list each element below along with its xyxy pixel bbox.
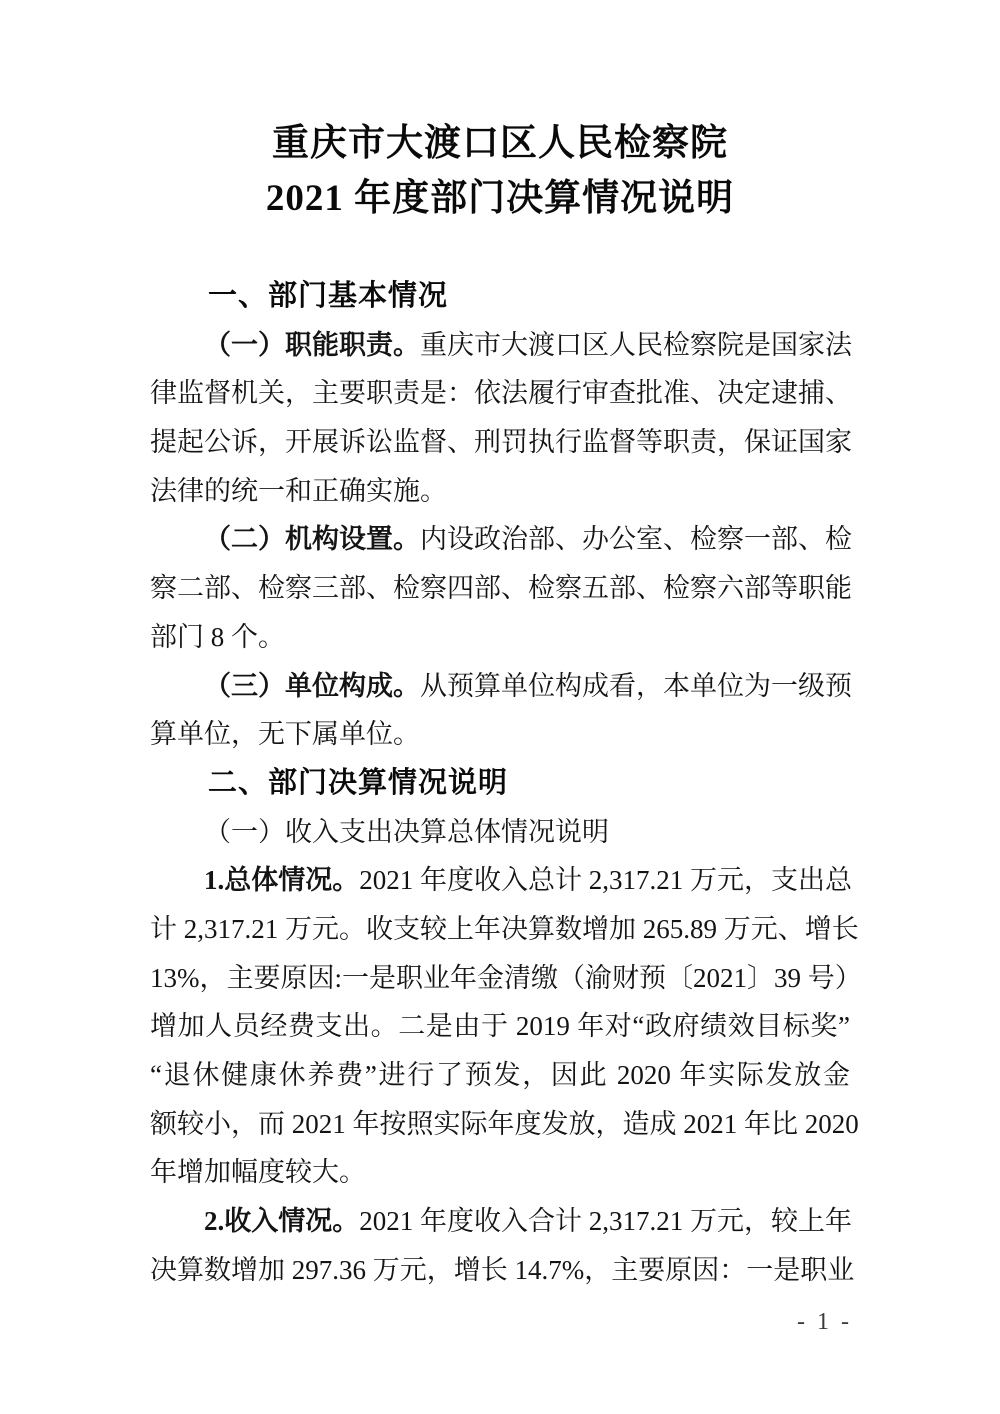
title-line-1: 重庆市大渡口区人民检察院 (0, 116, 1000, 171)
text-run: 年增加幅度较大。 (150, 1157, 366, 1187)
text-run: （一）收入支出决算总体情况说明 (204, 817, 609, 847)
text-line: 年增加幅度较大。 (150, 1148, 850, 1197)
text-line: （一）收入支出决算总体情况说明 (150, 808, 850, 857)
text-run: 察二部、检察三部、检察四部、检察五部、检察六部等职能 (150, 573, 852, 603)
text-run: 内设政治部、办公室、检察一部、检 (420, 524, 852, 554)
text-run: 额较小，而 2021 年按照实际年度发放，造成 2021 年比 2020 (150, 1109, 859, 1139)
text-run: 2021 年度收入合计 2,317.21 万元，较上年 (359, 1206, 852, 1236)
heading-section-2: 二、部门决算情况说明 (150, 759, 850, 808)
para-income-situation: 2.收入情况。2021 年度收入合计 2,317.21 万元，较上年决算数增加 … (150, 1197, 850, 1294)
para-organization: （二）机构设置。内设政治部、办公室、检察一部、检察二部、检察三部、检察四部、检察… (150, 515, 850, 661)
document-body: 一、部门基本情况（一）职能职责。重庆市大渡口区人民检察院是国家法律监督机关，主要… (150, 272, 850, 1294)
text-run: “退休健康休养费”进行了预发，因此 2020 年实际发放金 (150, 1060, 850, 1090)
bold-lead: （二）机构设置。 (204, 524, 420, 554)
bold-lead: 一、部门基本情况 (208, 280, 448, 312)
heading-section-1: 一、部门基本情况 (150, 272, 850, 321)
text-line: 决算数增加 297.36 万元，增长 14.7%，主要原因：一是职业 (150, 1246, 850, 1295)
text-run: 从预算单位构成看，本单位为一级预 (420, 671, 852, 701)
text-run: 法律的统一和正确实施。 (150, 476, 447, 506)
document-title: 重庆市大渡口区人民检察院 2021 年度部门决算情况说明 (0, 116, 1000, 226)
bold-lead: 1.总体情况。 (204, 865, 359, 895)
para-unit-composition: （三）单位构成。从预算单位构成看，本单位为一级预算单位，无下属单位。 (150, 662, 850, 759)
text-line: 察二部、检察三部、检察四部、检察五部、检察六部等职能 (150, 564, 850, 613)
text-line: 律监督机关，主要职责是：依法履行审查批准、决定逮捕、 (150, 369, 850, 418)
text-run: 算单位，无下属单位。 (150, 719, 420, 749)
text-run: 部门 8 个。 (150, 622, 285, 652)
text-line: 计 2,317.21 万元。收支较上年决算数增加 265.89 万元、增长 (150, 905, 850, 954)
bold-lead: 2.收入情况。 (204, 1206, 359, 1236)
text-line: 一、部门基本情况 (150, 272, 850, 321)
text-run: 律监督机关，主要职责是：依法履行审查批准、决定逮捕、 (150, 378, 852, 408)
text-line: 增加人员经费支出。二是由于 2019 年对“政府绩效目标奖” (150, 1002, 850, 1051)
para-overall-situation: 1.总体情况。2021 年度收入总计 2,317.21 万元，支出总计 2,31… (150, 856, 850, 1197)
bold-lead: 二、部门决算情况说明 (208, 767, 508, 799)
text-line: “退休健康休养费”进行了预发，因此 2020 年实际发放金 (150, 1051, 850, 1100)
para-duties: （一）职能职责。重庆市大渡口区人民检察院是国家法律监督机关，主要职责是：依法履行… (150, 321, 850, 516)
text-line: 额较小，而 2021 年按照实际年度发放，造成 2021 年比 2020 (150, 1100, 850, 1149)
text-line: 法律的统一和正确实施。 (150, 467, 850, 516)
text-run: 提起公诉，开展诉讼监督、刑罚执行监督等职责，保证国家 (150, 427, 852, 457)
text-line: 13%，主要原因:一是职业年金清缴（渝财预〔2021〕39 号） (150, 954, 850, 1003)
text-run: 计 2,317.21 万元。收支较上年决算数增加 265.89 万元、增长 (150, 914, 859, 944)
text-run: 13%，主要原因:一是职业年金清缴（渝财预〔2021〕39 号） (150, 963, 862, 993)
text-run: 2021 年度收入总计 2,317.21 万元，支出总 (359, 865, 852, 895)
text-line: 二、部门决算情况说明 (150, 759, 850, 808)
text-line: 1.总体情况。2021 年度收入总计 2,317.21 万元，支出总 (150, 856, 850, 905)
text-run: 决算数增加 297.36 万元，增长 14.7%，主要原因：一是职业 (150, 1255, 854, 1285)
text-line: 部门 8 个。 (150, 613, 850, 662)
page-number: - 1 - (797, 1306, 852, 1338)
heading-income-expense-overview: （一）收入支出决算总体情况说明 (150, 808, 850, 857)
text-line: 2.收入情况。2021 年度收入合计 2,317.21 万元，较上年 (150, 1197, 850, 1246)
document-page: 重庆市大渡口区人民检察院 2021 年度部门决算情况说明 一、部门基本情况（一）… (0, 0, 1000, 1414)
text-line: 算单位，无下属单位。 (150, 710, 850, 759)
title-line-2: 2021 年度部门决算情况说明 (0, 171, 1000, 226)
text-line: 提起公诉，开展诉讼监督、刑罚执行监督等职责，保证国家 (150, 418, 850, 467)
text-line: （二）机构设置。内设政治部、办公室、检察一部、检 (150, 515, 850, 564)
text-run: 重庆市大渡口区人民检察院是国家法 (420, 330, 852, 360)
bold-lead: （三）单位构成。 (204, 671, 420, 701)
bold-lead: （一）职能职责。 (204, 330, 420, 360)
text-run: 增加人员经费支出。二是由于 2019 年对“政府绩效目标奖” (150, 1011, 850, 1041)
text-line: （三）单位构成。从预算单位构成看，本单位为一级预 (150, 662, 850, 711)
text-line: （一）职能职责。重庆市大渡口区人民检察院是国家法 (150, 321, 850, 370)
